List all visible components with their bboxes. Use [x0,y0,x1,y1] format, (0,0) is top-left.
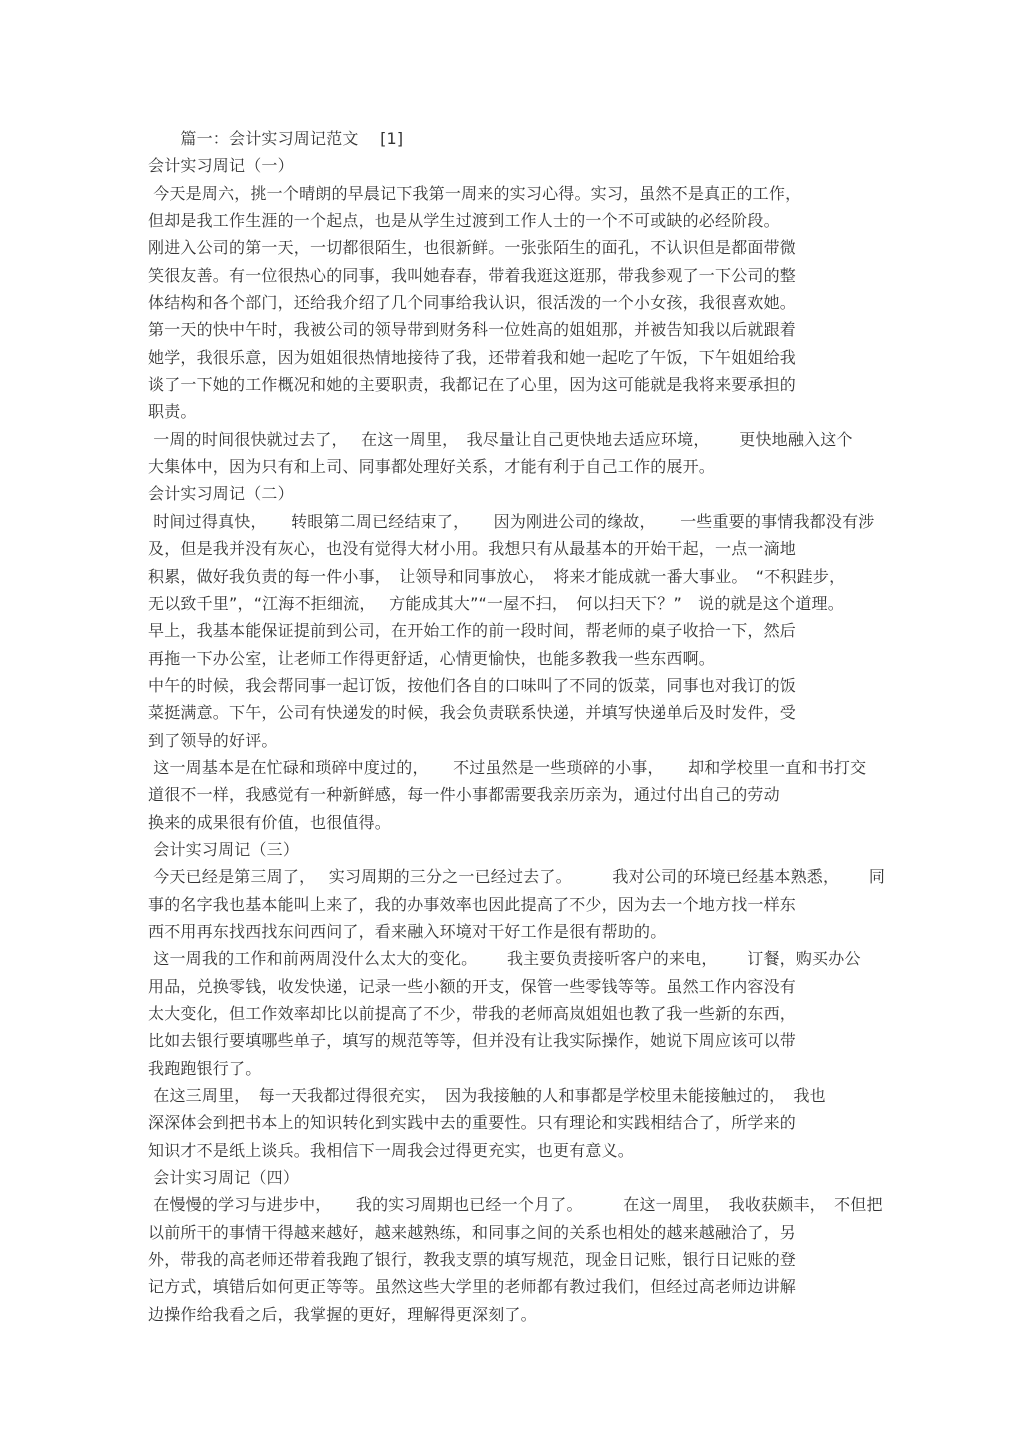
document-page: 篇一：会计实习周记范文 [1] 会计实习周记（一） 今天是周六，挑一个晴朗的早晨… [0,0,1024,1448]
document-text: 篇一：会计实习周记范文 [1] 会计实习周记（一） 今天是周六，挑一个晴朗的早晨… [148,125,918,1328]
